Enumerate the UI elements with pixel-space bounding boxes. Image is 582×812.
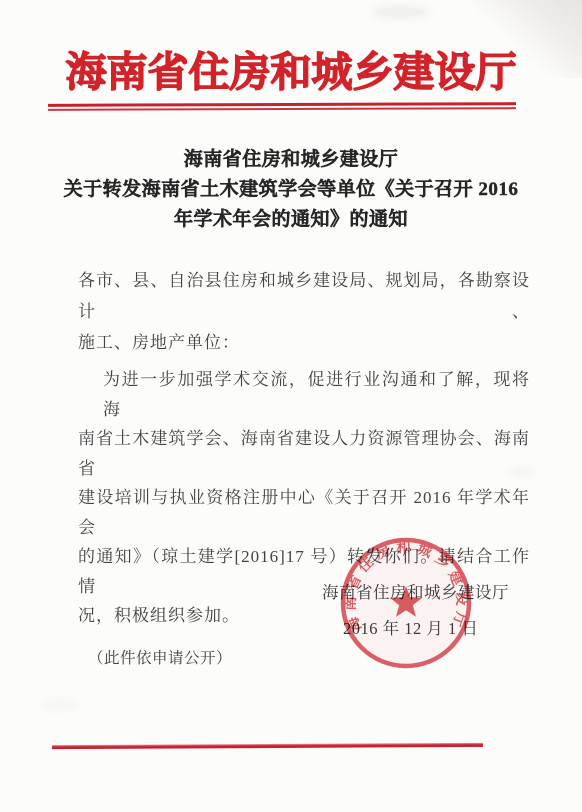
- document-title-line-1: 海南省住房和城乡建设厅: [0, 145, 582, 175]
- salutation-paragraph: 各市、县、自治县住房和城乡建设局、规划局，各勘察设计、 施工、房地产单位：: [78, 265, 530, 358]
- official-seal: 海南省住房和城乡建设厅: [331, 528, 481, 678]
- scan-smudge: [40, 700, 80, 710]
- disclosure-note: （此件依申请公开）: [88, 646, 232, 668]
- masthead-title: 海南省住房和城乡建设厅: [0, 47, 582, 97]
- salutation-line-2: 施工、房地产单位：: [78, 327, 530, 358]
- document-page: 海南省住房和城乡建设厅 海南省住房和城乡建设厅 关于转发海南省土木建筑学会等单位…: [0, 0, 582, 812]
- masthead-divider: [48, 102, 516, 113]
- scan-smudge: [372, 6, 430, 18]
- salutation-line-1: 各市、县、自治县住房和城乡建设局、规划局，各勘察设计、: [78, 265, 530, 327]
- document-title: 海南省住房和城乡建设厅 关于转发海南省土木建筑学会等单位《关于召开 2016 年…: [0, 145, 582, 235]
- main-paragraph-line-1: 为进一步加强学术交流，促进行业沟通和了解，现将海: [78, 365, 530, 424]
- document-title-line-3: 年学术年会的通知》的通知: [0, 205, 582, 235]
- footer-divider: [52, 743, 483, 749]
- masthead-divider-thin-line: [48, 107, 516, 111]
- main-paragraph-line-2: 南省土木建筑学会、海南省建设人力资源管理协会、海南省: [78, 424, 530, 483]
- official-seal-graphic: 海南省住房和城乡建设厅: [331, 528, 481, 678]
- document-title-line-2: 关于转发海南省土木建筑学会等单位《关于召开 2016: [0, 175, 582, 205]
